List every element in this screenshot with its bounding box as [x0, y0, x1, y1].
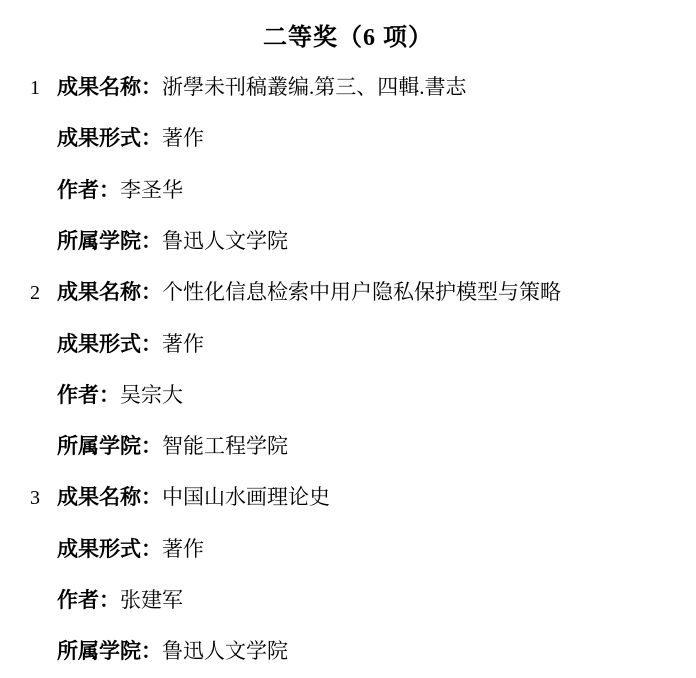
- entry-1-form-row: 成果形式： 著作: [0, 113, 696, 164]
- entry-3-form-row: 成果形式： 著作: [0, 524, 696, 575]
- field-value-form: 著作: [162, 332, 204, 357]
- entry-number: 2: [30, 281, 57, 305]
- field-label-college: 所属学院：: [57, 639, 162, 664]
- field-value-author: 吴宗大: [120, 383, 183, 408]
- entry-2-name-row: 2 成果名称： 个性化信息检索中用户隐私保护模型与策略: [0, 267, 696, 318]
- entry-number: 3: [30, 486, 57, 510]
- entry-2-author-row: 作者： 吴宗大: [0, 370, 696, 421]
- field-label-college: 所属学院：: [57, 229, 162, 254]
- field-label-name: 成果名称：: [57, 485, 162, 510]
- entry-1-college-row: 所属学院： 鲁迅人文学院: [0, 216, 696, 267]
- field-value-author: 张建军: [120, 588, 183, 613]
- field-label-college: 所属学院：: [57, 434, 162, 459]
- field-label-form: 成果形式：: [57, 332, 162, 357]
- field-label-author: 作者：: [57, 178, 120, 203]
- field-label-name: 成果名称：: [57, 75, 162, 100]
- page-title: 二等奖（6 项）: [0, 0, 696, 62]
- entry-3-author-row: 作者： 张建军: [0, 575, 696, 626]
- field-value-name: 个性化信息检索中用户隐私保护模型与策略: [162, 280, 561, 305]
- entry-3-name-row: 3 成果名称： 中国山水画理论史: [0, 472, 696, 523]
- entry-2-form-row: 成果形式： 著作: [0, 318, 696, 369]
- field-label-form: 成果形式：: [57, 537, 162, 562]
- entry-3-college-row: 所属学院： 鲁迅人文学院: [0, 626, 696, 677]
- entry-1-author-row: 作者： 李圣华: [0, 165, 696, 216]
- entry-number: 1: [30, 76, 57, 100]
- field-value-college: 鲁迅人文学院: [162, 639, 288, 664]
- entry-2-college-row: 所属学院： 智能工程学院: [0, 421, 696, 472]
- field-value-college: 鲁迅人文学院: [162, 229, 288, 254]
- field-label-author: 作者：: [57, 383, 120, 408]
- field-value-form: 著作: [162, 126, 204, 151]
- document-page: 二等奖（6 项） 1 成果名称： 浙學未刊稿叢编.第三、四輯.書志 成果形式： …: [0, 0, 696, 678]
- field-label-name: 成果名称：: [57, 280, 162, 305]
- field-value-form: 著作: [162, 537, 204, 562]
- field-label-author: 作者：: [57, 588, 120, 613]
- field-value-name: 浙學未刊稿叢编.第三、四輯.書志: [162, 75, 467, 100]
- field-value-author: 李圣华: [120, 178, 183, 203]
- field-value-college: 智能工程学院: [162, 434, 288, 459]
- field-value-name: 中国山水画理论史: [162, 485, 330, 510]
- field-label-form: 成果形式：: [57, 126, 162, 151]
- entry-1-name-row: 1 成果名称： 浙學未刊稿叢编.第三、四輯.書志: [0, 62, 696, 113]
